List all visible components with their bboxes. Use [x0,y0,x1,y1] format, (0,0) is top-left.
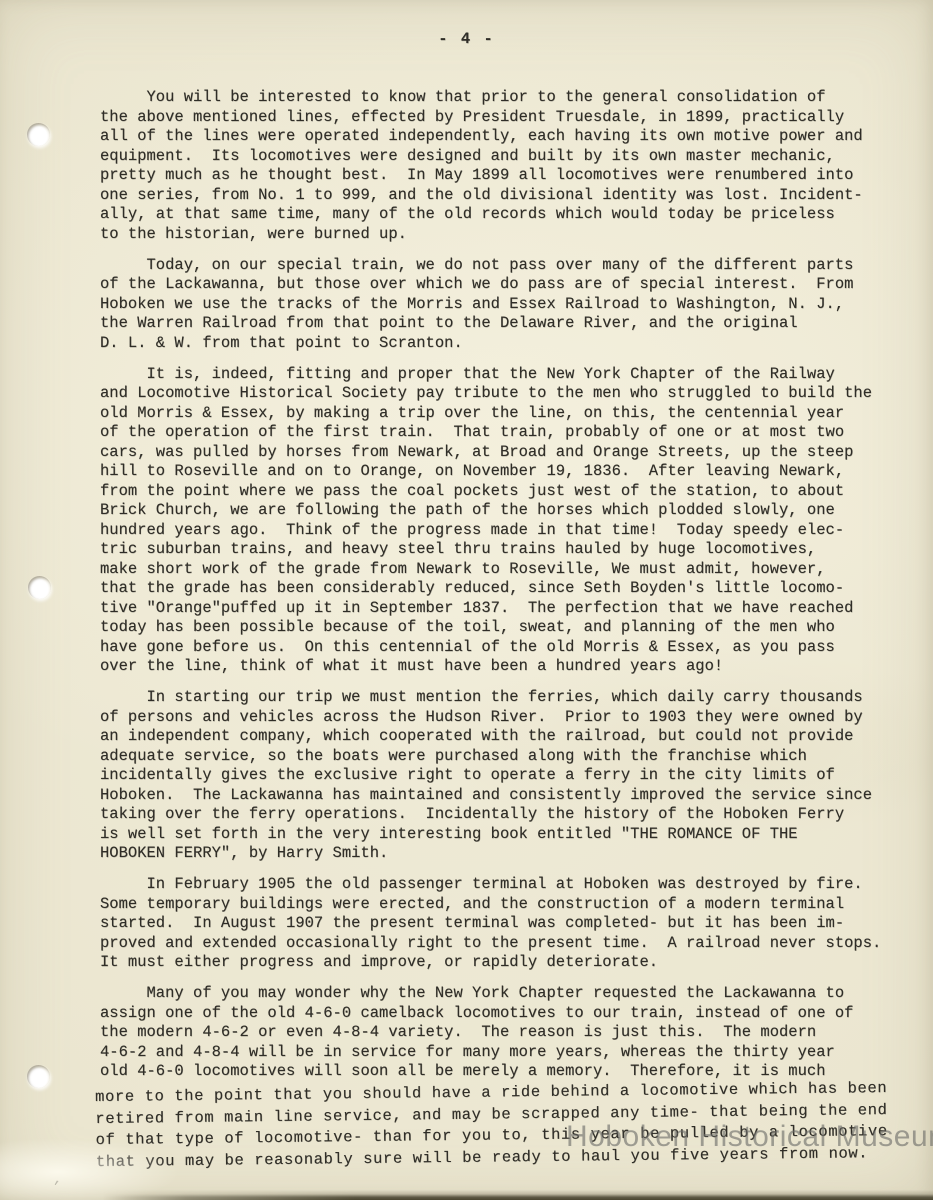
text-line: assign one of the old 4-6-0 camelback lo… [100,1004,886,1024]
paragraph: In February 1905 the old passenger termi… [100,875,886,973]
document-page: - 4 - You will be interested to know tha… [0,0,933,1200]
text-line: HOBOKEN FERRY", by Harry Smith. [100,844,886,864]
text-line: 4-6-2 and 4-8-4 will be in service for m… [100,1043,886,1063]
text-line: of the operation of the first train. Tha… [100,423,886,443]
document-body: You will be interested to know that prio… [100,88,886,1173]
text-line: over the line, think of what it must hav… [100,657,886,677]
text-line: today has been possible because of the t… [100,618,886,638]
text-line: is well set forth in the very interestin… [100,825,886,845]
text-line: It must either progress and improve, or … [100,953,886,973]
text-line: It is, indeed, fitting and proper that t… [100,365,886,385]
text-line: tric suburban trains, and heavy steel th… [100,540,886,560]
text-line: one series, from No. 1 to 999, and the o… [100,186,886,206]
text-line: hill to Roseville and on to Orange, on N… [100,462,886,482]
paragraph: It is, indeed, fitting and proper that t… [100,365,886,677]
text-line: Hoboken. The Lackawanna has maintained a… [100,786,886,806]
text-line: pretty much as he thought best. In May 1… [100,166,886,186]
text-line: ally, at that same time, many of the old… [100,205,886,225]
text-line: Today, on our special train, we do not p… [100,256,886,276]
paragraph: In starting our trip we must mention the… [100,688,886,864]
text-line: started. In August 1907 the present term… [100,914,886,934]
text-line: Some temporary buildings were erected, a… [100,895,886,915]
page-number: - 4 - [0,30,933,48]
text-line: You will be interested to know that prio… [100,88,886,108]
text-line: from the point where we pass the coal po… [100,482,886,502]
paragraph: You will be interested to know that prio… [100,88,886,244]
punch-hole [27,123,50,146]
text-line: all of the lines were operated independe… [100,127,886,147]
text-line: make short work of the grade from Newark… [100,560,886,580]
text-line: In February 1905 the old passenger termi… [100,875,886,895]
text-line: D. L. & W. from that point to Scranton. [100,334,886,354]
text-line: the modern 4-6-2 or even 4-8-4 variety. … [100,1023,886,1043]
text-line: equipment. Its locomotives were designed… [100,147,886,167]
punch-hole [27,1065,50,1088]
text-line: an independent company, which cooperated… [100,727,886,747]
text-line: hundred years ago. Think of the progress… [100,521,886,541]
scan-bottom-edge [0,1190,933,1200]
punch-hole [28,576,51,599]
text-line: Hoboken we use the tracks of the Morris … [100,295,886,315]
text-line: taking over the ferry operations. Incide… [100,805,886,825]
text-line: Many of you may wonder why the New York … [100,984,886,1004]
text-line: that the grade has been considerably red… [100,579,886,599]
text-line: cars, was pulled by horses from Newark, … [100,443,886,463]
text-line: adequate service, so the boats were purc… [100,747,886,767]
text-line: the above mentioned lines, effected by P… [100,108,886,128]
paragraph: Many of you may wonder why the New York … [100,984,886,1082]
text-line: incidentally gives the exclusive right t… [100,766,886,786]
text-line: old Morris & Essex, by making a trip ove… [100,404,886,424]
text-line: Brick Church, we are following the path … [100,501,886,521]
text-line: the Warren Railroad from that point to t… [100,314,886,334]
text-line: and Locomotive Historical Society pay tr… [100,384,886,404]
text-line: tive "Orange"puffed up it in September 1… [100,599,886,619]
text-line: proved and extended occasionally right t… [100,934,886,954]
paragraph: Today, on our special train, we do not p… [100,256,886,354]
text-line: to the historian, were burned up. [100,225,886,245]
text-line: of persons and vehicles across the Hudso… [100,708,886,728]
text-line: In starting our trip we must mention the… [100,688,886,708]
text-line: have gone before us. On this centennial … [100,638,886,658]
text-line: of the Lackawanna, but those over which … [100,275,886,295]
watermark: Hoboken Historical Museum [566,1120,933,1154]
